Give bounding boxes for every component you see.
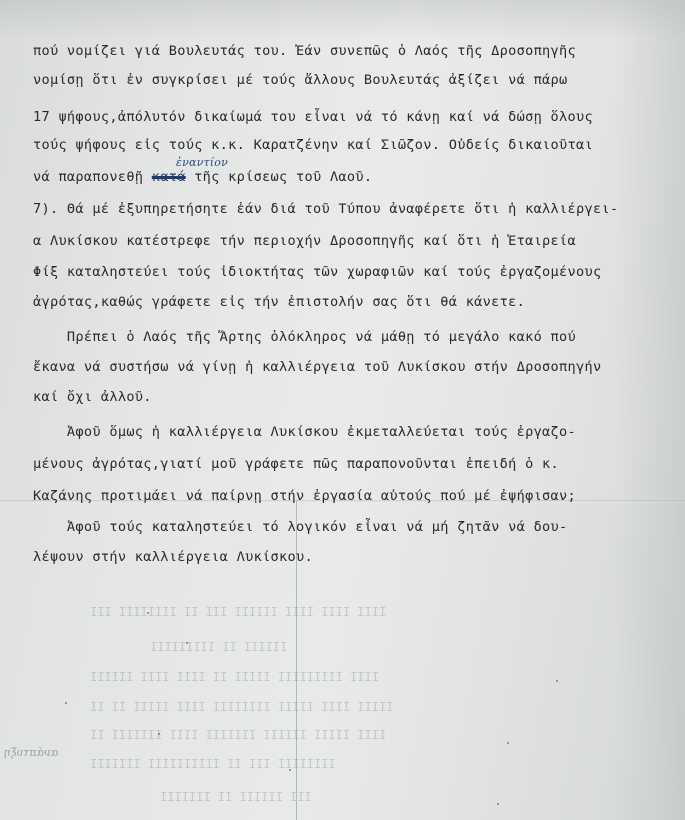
paper-speck bbox=[507, 742, 509, 744]
bleed-through-text: ΙΙΙ ΙΙΙΙΙΙ ΙΙ ΙΙΙΙΙΙΙ bbox=[160, 790, 312, 804]
paragraph-start-line: Ἀφοῦ ὅμως ἡ καλλιέργεια Λυκίσκου ἐκμεταλ… bbox=[33, 426, 576, 440]
paper-speck bbox=[158, 733, 160, 735]
text-line: μένους ἀγρότας,γιατί μοῦ γράφετε πῶς παρ… bbox=[33, 458, 559, 472]
bleed-through-text: ΙΙΙΙ ΙΙΙΙΙΙΙΙΙ ΙΙΙΙΙ ΙΙ ΙΙΙΙ ΙΙΙΙ ΙΙΙΙΙΙ bbox=[90, 670, 379, 684]
text-line: ἔκανα νά συστήσω νά γίνῃ ἡ καλλιέργεια τ… bbox=[33, 361, 601, 375]
text-line-with-correction: νά παραπονεθῇ κατά τῆς κρίσεως τοῦ Λαοῦ. bbox=[33, 171, 372, 185]
text-fragment: νά παραπονεθῇ bbox=[33, 169, 152, 185]
text-line: α Λυκίσκου κατέστρεφε τήν περιοχήν Δροσο… bbox=[33, 235, 576, 249]
paper-fold-vertical bbox=[296, 500, 297, 820]
text-line: πού νομίζει γιά Βουλευτάς του. Ἐάν συνεπ… bbox=[33, 45, 576, 59]
bleed-through-text: ΙΙΙΙ ΙΙΙΙ ΙΙΙΙ ΙΙΙΙΙΙ ΙΙΙ ΙΙ ΙΙΙΙΙΙΙΙ ΙΙ… bbox=[90, 605, 386, 619]
text-fragment: τῆς κρίσεως τοῦ Λαοῦ. bbox=[186, 169, 373, 185]
paper-speck bbox=[186, 642, 188, 644]
paper-speck bbox=[289, 769, 291, 771]
handwritten-correction: ἐναντίον bbox=[176, 156, 228, 169]
text-line: νομίσῃ ὅτι ἐν συγκρίσει μέ τούς ἄλλους Β… bbox=[33, 74, 568, 88]
text-line: Καζάνης προτιμάει νά παίρνῃ στήν ἐργασία… bbox=[33, 490, 576, 504]
bleed-through-text: ΙΙΙΙΙΙΙΙ ΙΙΙ ΙΙ ΙΙΙΙΙΙΙΙΙΙ ΙΙΙΙΙΙΙ bbox=[90, 757, 336, 771]
paragraph-start-line: Πρέπει ὁ Λαός τῆς Ἄρτης ὁλόκληρος νά μάθ… bbox=[33, 331, 576, 345]
document-page: πού νομίζει γιά Βουλευτάς του. Ἐάν συνεπ… bbox=[0, 0, 685, 820]
text-line: Φίξ καταληστεύει τούς ἰδιοκτήτας τῶν χωρ… bbox=[33, 266, 601, 280]
struck-word: κατά bbox=[152, 169, 186, 185]
bleed-through-text: ΙΙΙΙ ΙΙΙΙΙ ΙΙΙΙΙΙ ΙΙΙΙΙΙΙ ΙΙΙΙ ΙΙΙΙΙΙΙ Ι… bbox=[90, 728, 386, 742]
page-shadow-top bbox=[0, 0, 685, 40]
text-line: τούς ψήφους εἰς τούς κ.κ. Καρατζένην καί… bbox=[33, 139, 593, 153]
text-line: καί ὄχι ἀλλοῦ. bbox=[33, 391, 152, 405]
text-line: ἀγρότας,καθώς γράφετε εἰς τήν ἐπιστολήν … bbox=[33, 296, 525, 310]
text-line: 7). Θά μέ ἐξυπηρετήσητε ἐάν διά τοῦ Τύπο… bbox=[33, 203, 618, 217]
paragraph-start-line: Ἀφοῦ τούς καταληστεύει τό λογικόν εἶναι … bbox=[33, 521, 568, 535]
paper-speck bbox=[147, 612, 149, 614]
margin-bleed-fragment: ανάπτυξη bbox=[4, 746, 58, 759]
paper-speck bbox=[497, 803, 499, 805]
paper-speck bbox=[65, 702, 67, 704]
bleed-through-text: ΙΙΙΙΙΙ ΙΙ ΙΙΙΙΙΙΙΙΙ bbox=[150, 640, 287, 654]
text-line: 17 ψήφους,ἀπόλυτόν δικαίωμά του εἶναι νά… bbox=[33, 111, 593, 125]
text-line: λέψουν στήν καλλιέργεια Λυκίσκου. bbox=[33, 551, 313, 565]
bleed-through-text: ΙΙΙΙΙ ΙΙΙΙ ΙΙΙΙΙ ΙΙΙΙΙΙΙΙ ΙΙΙΙ ΙΙΙΙΙ ΙΙ … bbox=[90, 700, 393, 714]
paper-speck bbox=[556, 680, 558, 682]
page-shadow-right bbox=[615, 0, 685, 820]
